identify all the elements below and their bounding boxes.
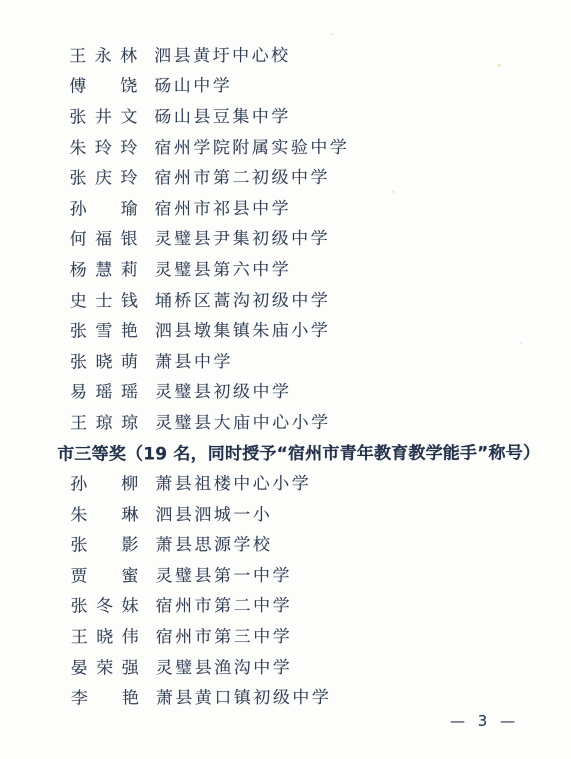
recipient-name: 张冬妹: [71, 592, 139, 617]
scan-speck: [330, 33, 335, 35]
recipient-name: 李 艳: [71, 684, 139, 709]
school-name: 泗县泗城一小: [155, 500, 272, 525]
school-name: 灵璧县初级中学: [155, 377, 292, 402]
recipient-name: 孙 瑜: [70, 194, 138, 219]
school-name: 泗县墩集镇朱庙小学: [155, 316, 331, 341]
recipient-name: 张井文: [69, 102, 137, 127]
award-list-row: 易瑶瑶 灵璧县初级中学: [0, 374, 571, 406]
section-heading-text: 市三等奖（19 名，同时授予“宿州市青年教育教学能手”称号）: [57, 438, 540, 464]
school-name: 灵璧县第六中学: [155, 255, 292, 280]
recipient-name: 史士钱: [70, 286, 138, 311]
award-list-row: 王晓伟 宿州市第三中学: [1, 619, 571, 651]
school-name: 宿州学院附属实验中学: [154, 132, 349, 158]
award-list-row: 张雪艳 泗县墩集镇朱庙小学: [0, 313, 571, 345]
award-list-row: 张井文 砀山县豆集中学: [0, 98, 570, 130]
school-name: 灵璧县渔沟中学: [156, 653, 293, 678]
award-list-row: 杨慧莉 灵璧县第六中学: [0, 251, 571, 283]
award-list-row: 何福银 灵璧县尹集初级中学: [0, 221, 571, 253]
school-name: 灵璧县大庙中心小学: [155, 408, 331, 433]
scanned-document-page: 王永林 泗县黄圩中心校 傅 饶 砀山中学 张井文 砀山县豆集中学 朱玲玲 宿州学…: [0, 0, 571, 759]
school-name: 宿州市第二中学: [156, 591, 293, 616]
recipient-name: 王晓伟: [71, 622, 139, 647]
school-name: 泗县黄圩中心校: [154, 41, 291, 66]
school-name: 萧县中学: [155, 347, 233, 372]
award-list-row: 张庆玲 宿州市第二初级中学: [0, 160, 571, 192]
recipient-name: 傅 饶: [69, 72, 137, 97]
award-list-row: 贾 蜜 灵璧县第一中学: [0, 557, 571, 589]
award-list-row: 史士钱 埇桥区蒿沟初级中学: [0, 282, 571, 314]
recipient-name: 易瑶瑶: [70, 378, 138, 403]
recipient-name: 晏荣强: [71, 653, 139, 678]
school-name: 萧县黄口镇初级中学: [156, 683, 332, 708]
recipient-name: 张雪艳: [70, 317, 138, 342]
school-name: 埇桥区蒿沟初级中学: [155, 285, 331, 310]
recipient-name: 张庆玲: [69, 164, 137, 189]
award-list-row: 王永林 泗县黄圩中心校: [0, 37, 570, 69]
school-name: 砀山中学: [154, 72, 232, 97]
award-list-row: 张冬妹 宿州市第二中学: [1, 588, 571, 620]
award-list-row: 傅 饶 砀山中学: [0, 68, 570, 100]
recipient-name: 贾 蜜: [70, 561, 138, 586]
school-name: 宿州市第三中学: [156, 622, 293, 647]
recipient-name: 张 影: [70, 531, 138, 556]
page-number: — 3 —: [450, 712, 519, 730]
school-name: 宿州市祁县中学: [155, 194, 292, 219]
recipient-name: 孙 柳: [70, 469, 138, 494]
recipient-name: 朱 琳: [70, 500, 138, 525]
award-list-row: 张晓萌 萧县中学: [0, 343, 571, 375]
recipient-name: 张晓萌: [70, 347, 138, 372]
award-list-row: 张 影 萧县思源学校: [0, 527, 571, 559]
recipient-name: 王永林: [69, 41, 137, 66]
award-lists: 王永林 泗县黄圩中心校 傅 饶 砀山中学 张井文 砀山县豆集中学 朱玲玲 宿州学…: [0, 37, 571, 712]
recipient-name: 王琼琼: [70, 408, 138, 433]
school-name: 砀山县豆集中学: [154, 102, 291, 127]
school-name: 萧县思源学校: [155, 530, 272, 555]
award-list-row: 朱玲玲 宿州学院附属实验中学: [0, 129, 570, 161]
award-list-row: 孙 柳 萧县祖楼中心小学: [0, 466, 571, 498]
award-list-row: 晏荣强 灵璧县渔沟中学: [1, 649, 571, 681]
recipient-name: 何福银: [70, 225, 138, 250]
award-list-row: 孙 瑜 宿州市祁县中学: [0, 190, 571, 222]
award-list-row: 李 艳 萧县黄口镇初级中学: [1, 680, 571, 712]
school-name: 宿州市第二初级中学: [154, 163, 330, 188]
award-list-row: 王琼琼 灵璧县大庙中心小学: [0, 404, 571, 436]
school-name: 萧县祖楼中心小学: [155, 469, 311, 494]
recipient-name: 朱玲玲: [69, 133, 137, 158]
award-list-row: 朱 琳 泗县泗城一小: [0, 496, 571, 528]
recipient-name: 杨慧莉: [70, 255, 138, 280]
school-name: 灵璧县第一中学: [155, 561, 292, 586]
school-name: 灵璧县尹集初级中学: [155, 224, 331, 249]
section-heading-third-prize: 市三等奖（19 名，同时授予“宿州市青年教育教学能手”称号）: [0, 435, 571, 467]
